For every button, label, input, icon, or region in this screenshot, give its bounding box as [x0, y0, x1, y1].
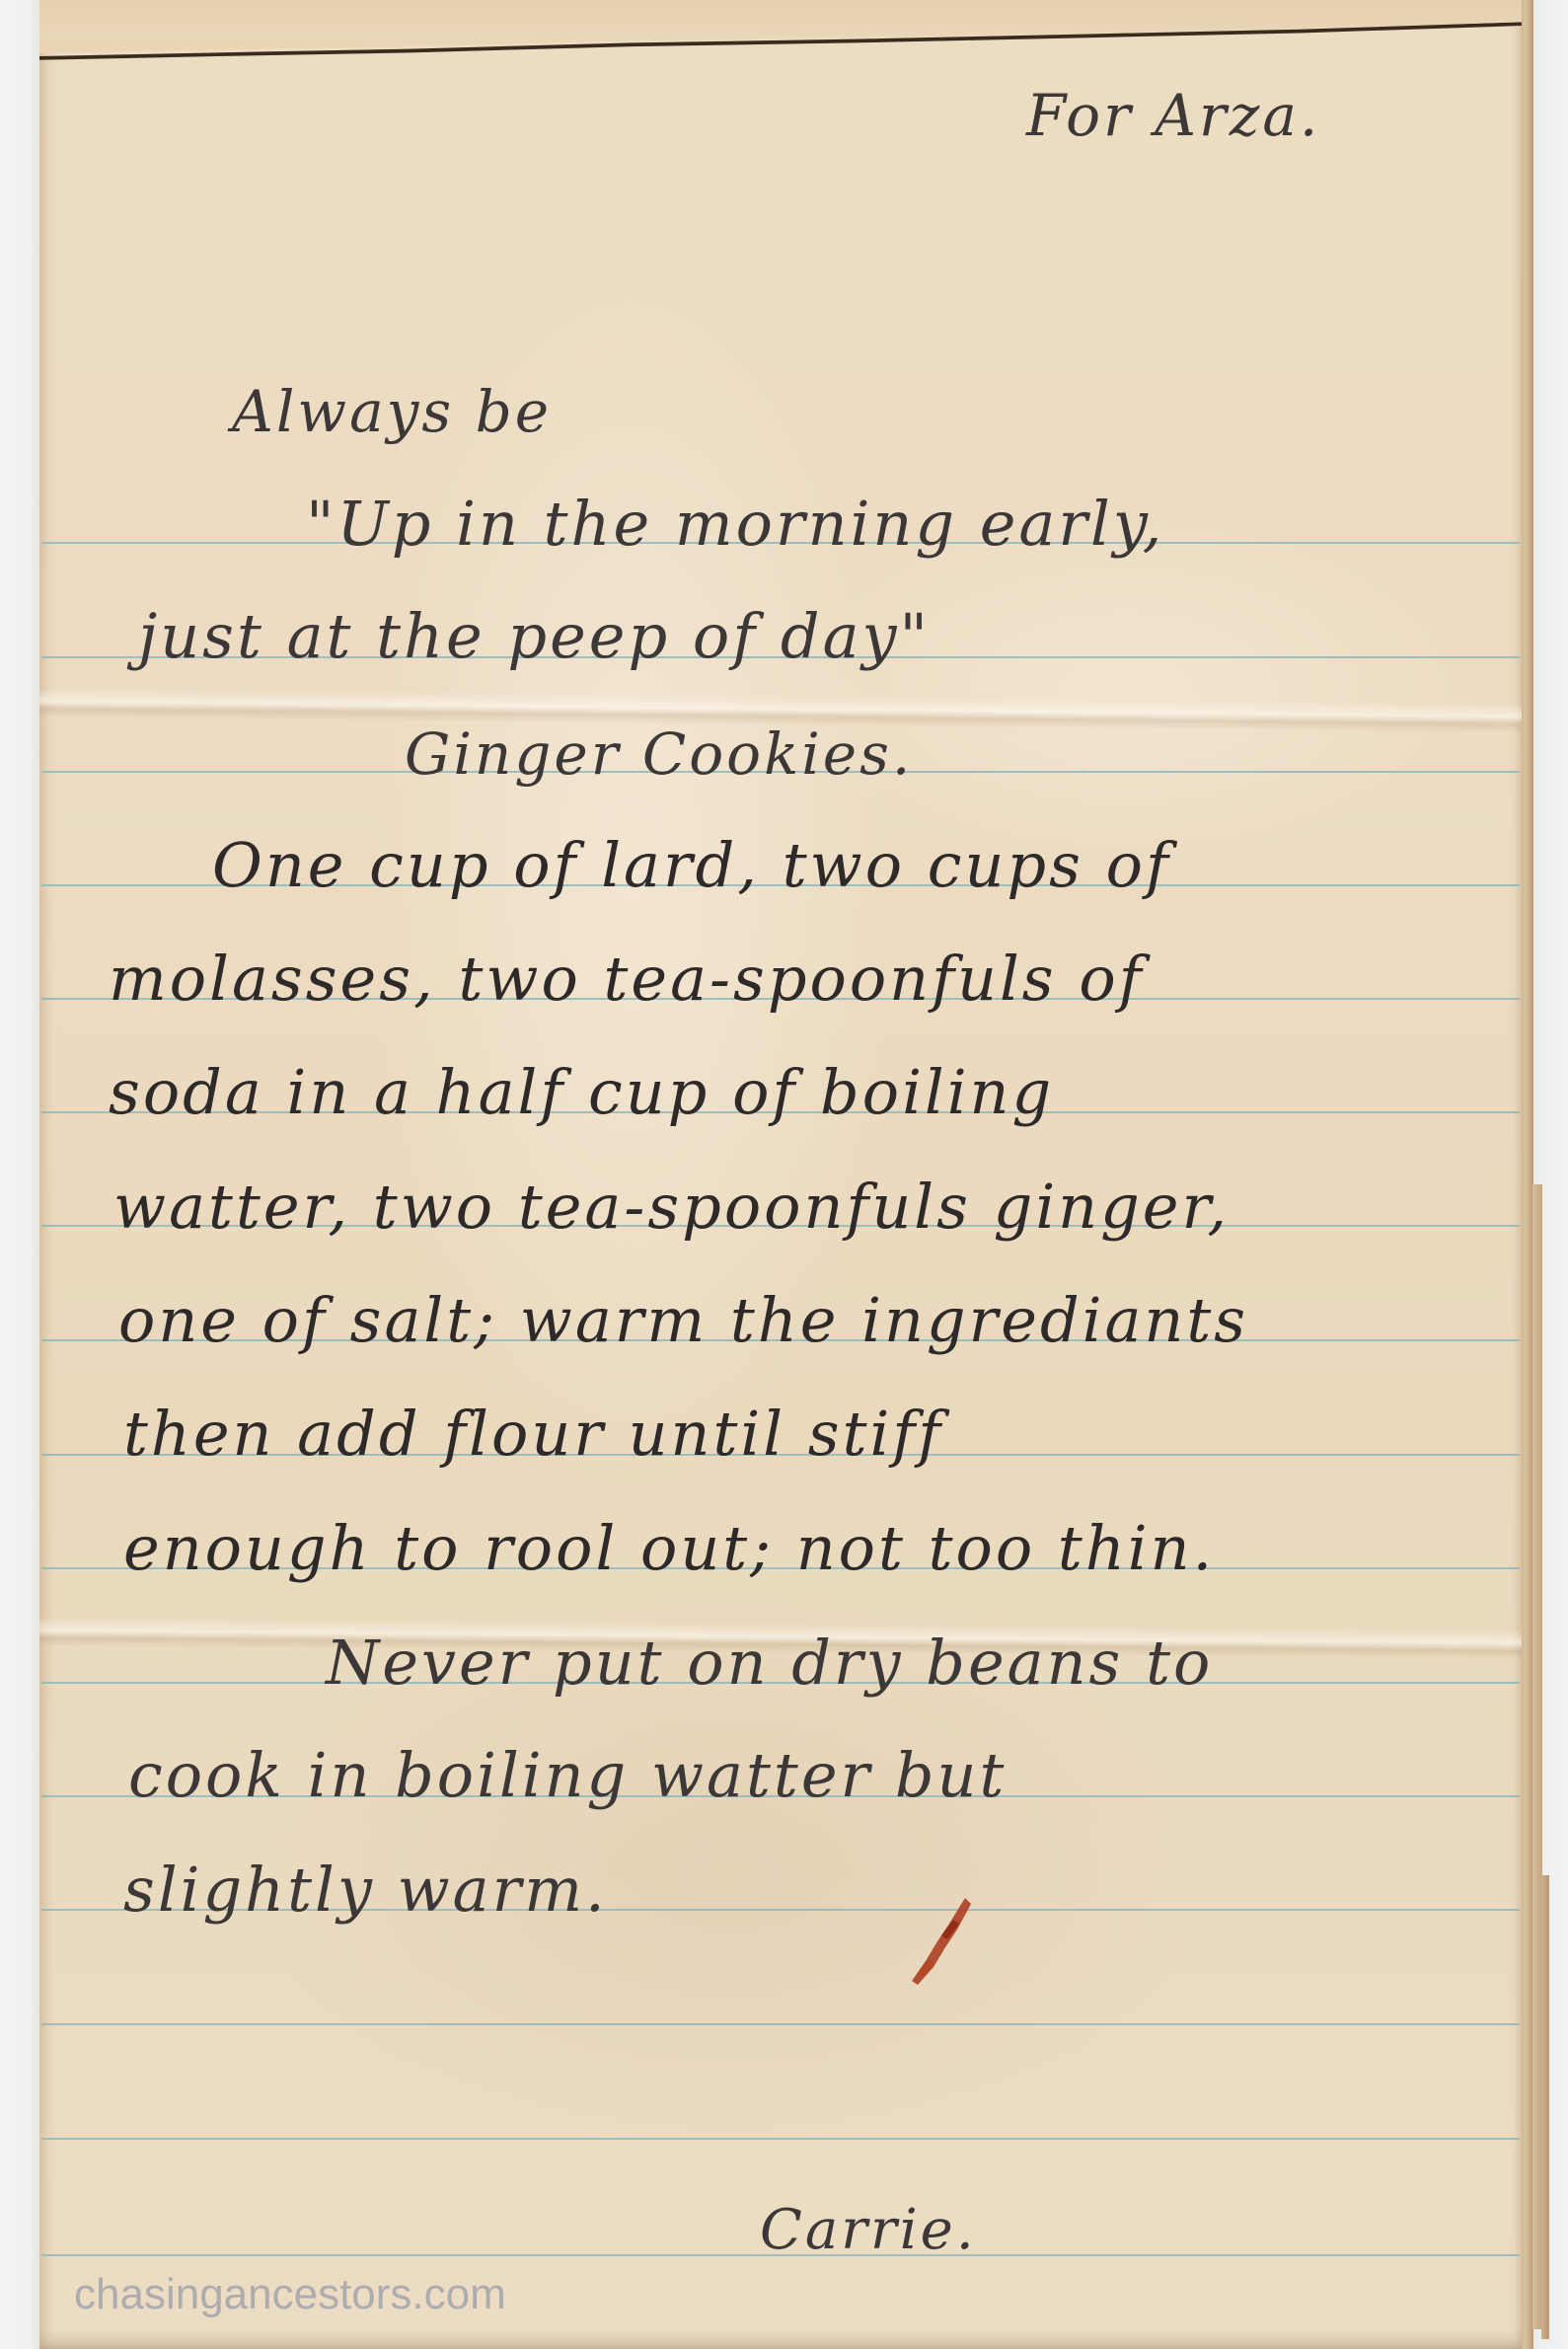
page-edge	[1541, 1875, 1549, 2339]
quote-line-1: "Up in the morning early,	[306, 493, 1164, 555]
dedication-text: For Arza.	[1026, 87, 1320, 144]
watermark-text: chasingancestors.com	[74, 2270, 506, 2319]
recipe-title: Ginger Cookies.	[405, 725, 913, 783]
opening-text: Always be	[232, 383, 552, 440]
recipe-line-5: one of salt; warm the ingrediants	[118, 1290, 1248, 1351]
tip-line-2: cook in boiling watter but	[128, 1745, 1007, 1806]
paper-bottom-edge	[39, 2329, 1522, 2349]
signature: Carrie.	[760, 2203, 977, 2258]
recipe-line-6: then add flour until stiff	[123, 1403, 943, 1465]
page-edge	[1520, 0, 1533, 2349]
recipe-line-2: molasses, two tea-spoonfuls of	[109, 948, 1145, 1010]
recipe-line-3: soda in a half cup of boiling	[109, 1062, 1054, 1123]
recipe-line-1: One cup of lard, two cups of	[212, 835, 1171, 896]
ruled-line	[41, 2138, 1520, 2140]
recipe-line-7: enough to rool out; not too thin.	[123, 1518, 1215, 1579]
recipe-line-4: watter, two tea-spoonfuls ginger,	[113, 1176, 1230, 1238]
rust-stain-icon	[888, 1890, 977, 1989]
tip-line-1: Never put on dry beans to	[326, 1632, 1213, 1694]
tip-line-3: slightly warm.	[123, 1859, 608, 1921]
quote-line-2: just at the peep of day"	[138, 606, 931, 667]
ruled-line	[41, 2023, 1520, 2025]
